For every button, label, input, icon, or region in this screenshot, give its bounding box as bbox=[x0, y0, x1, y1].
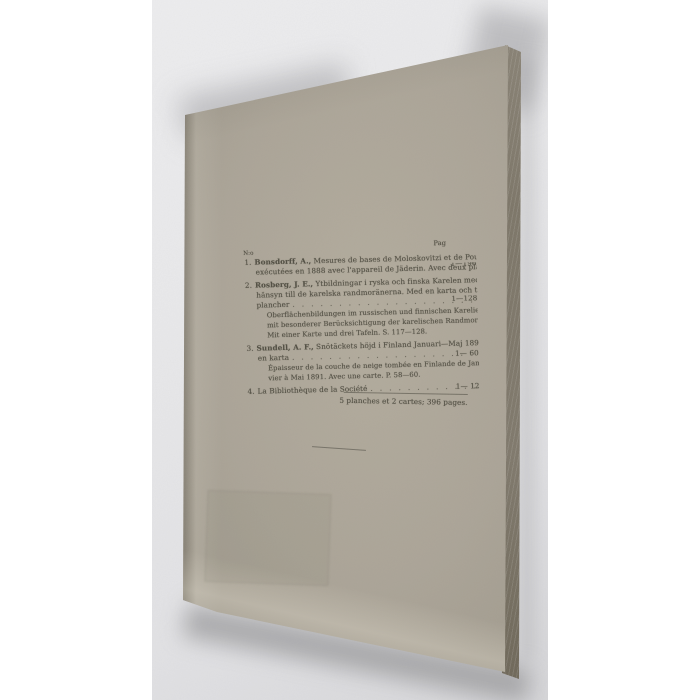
left-margin bbox=[0, 0, 152, 700]
divider-dash bbox=[312, 446, 366, 451]
book-photo: N:o Pag 1.Bonsdorff, A., Mesures de base… bbox=[0, 0, 700, 700]
entry-author: Bonsdorff, A., bbox=[254, 256, 311, 266]
summary-rule bbox=[344, 392, 468, 395]
toc-entry-2: 2.Rosberg, J. E., Ytbildningar i ryska o… bbox=[241, 275, 478, 341]
column-label-page: Pag bbox=[433, 238, 446, 248]
entry-pages: 1—128 bbox=[451, 295, 477, 304]
volume-summary: 5 planches et 2 cartes; 396 pages. bbox=[244, 390, 480, 408]
entry-title-continued: en karta bbox=[258, 353, 289, 363]
entry-number: 2. bbox=[241, 281, 252, 291]
entry-pages: 1— 60 bbox=[455, 348, 479, 359]
entry-title-continued: plancher bbox=[256, 300, 289, 310]
german-summary: Mit einer Karte und drei Tafeln. S. 117—… bbox=[267, 327, 427, 339]
entry-pages: 1— 12 bbox=[456, 381, 480, 392]
entry-author: Rosberg, J. E., bbox=[255, 279, 313, 289]
entry-pages: 1—196 bbox=[450, 262, 476, 269]
table-of-contents: N:o Pag 1.Bonsdorff, A., Mesures de base… bbox=[240, 237, 480, 414]
french-summary: vier à Mai 1891. Avec une carte. P. 58—6… bbox=[268, 371, 420, 383]
photo-background: N:o Pag 1.Bonsdorff, A., Mesures de base… bbox=[152, 0, 548, 700]
entry-number: 1. bbox=[240, 258, 251, 268]
cover-impression-mark bbox=[204, 490, 331, 586]
toc-entry-3: 3.Sundell, A. F., Snötäckets höjd i Finl… bbox=[242, 338, 479, 384]
entry-author: Sundell, A. F., bbox=[256, 342, 313, 352]
summary-text: 5 planches et 2 cartes; 396 pages. bbox=[339, 396, 467, 407]
right-margin bbox=[548, 0, 700, 700]
wall-shadow-right bbox=[520, 60, 534, 660]
entry-number: 3. bbox=[242, 344, 253, 354]
